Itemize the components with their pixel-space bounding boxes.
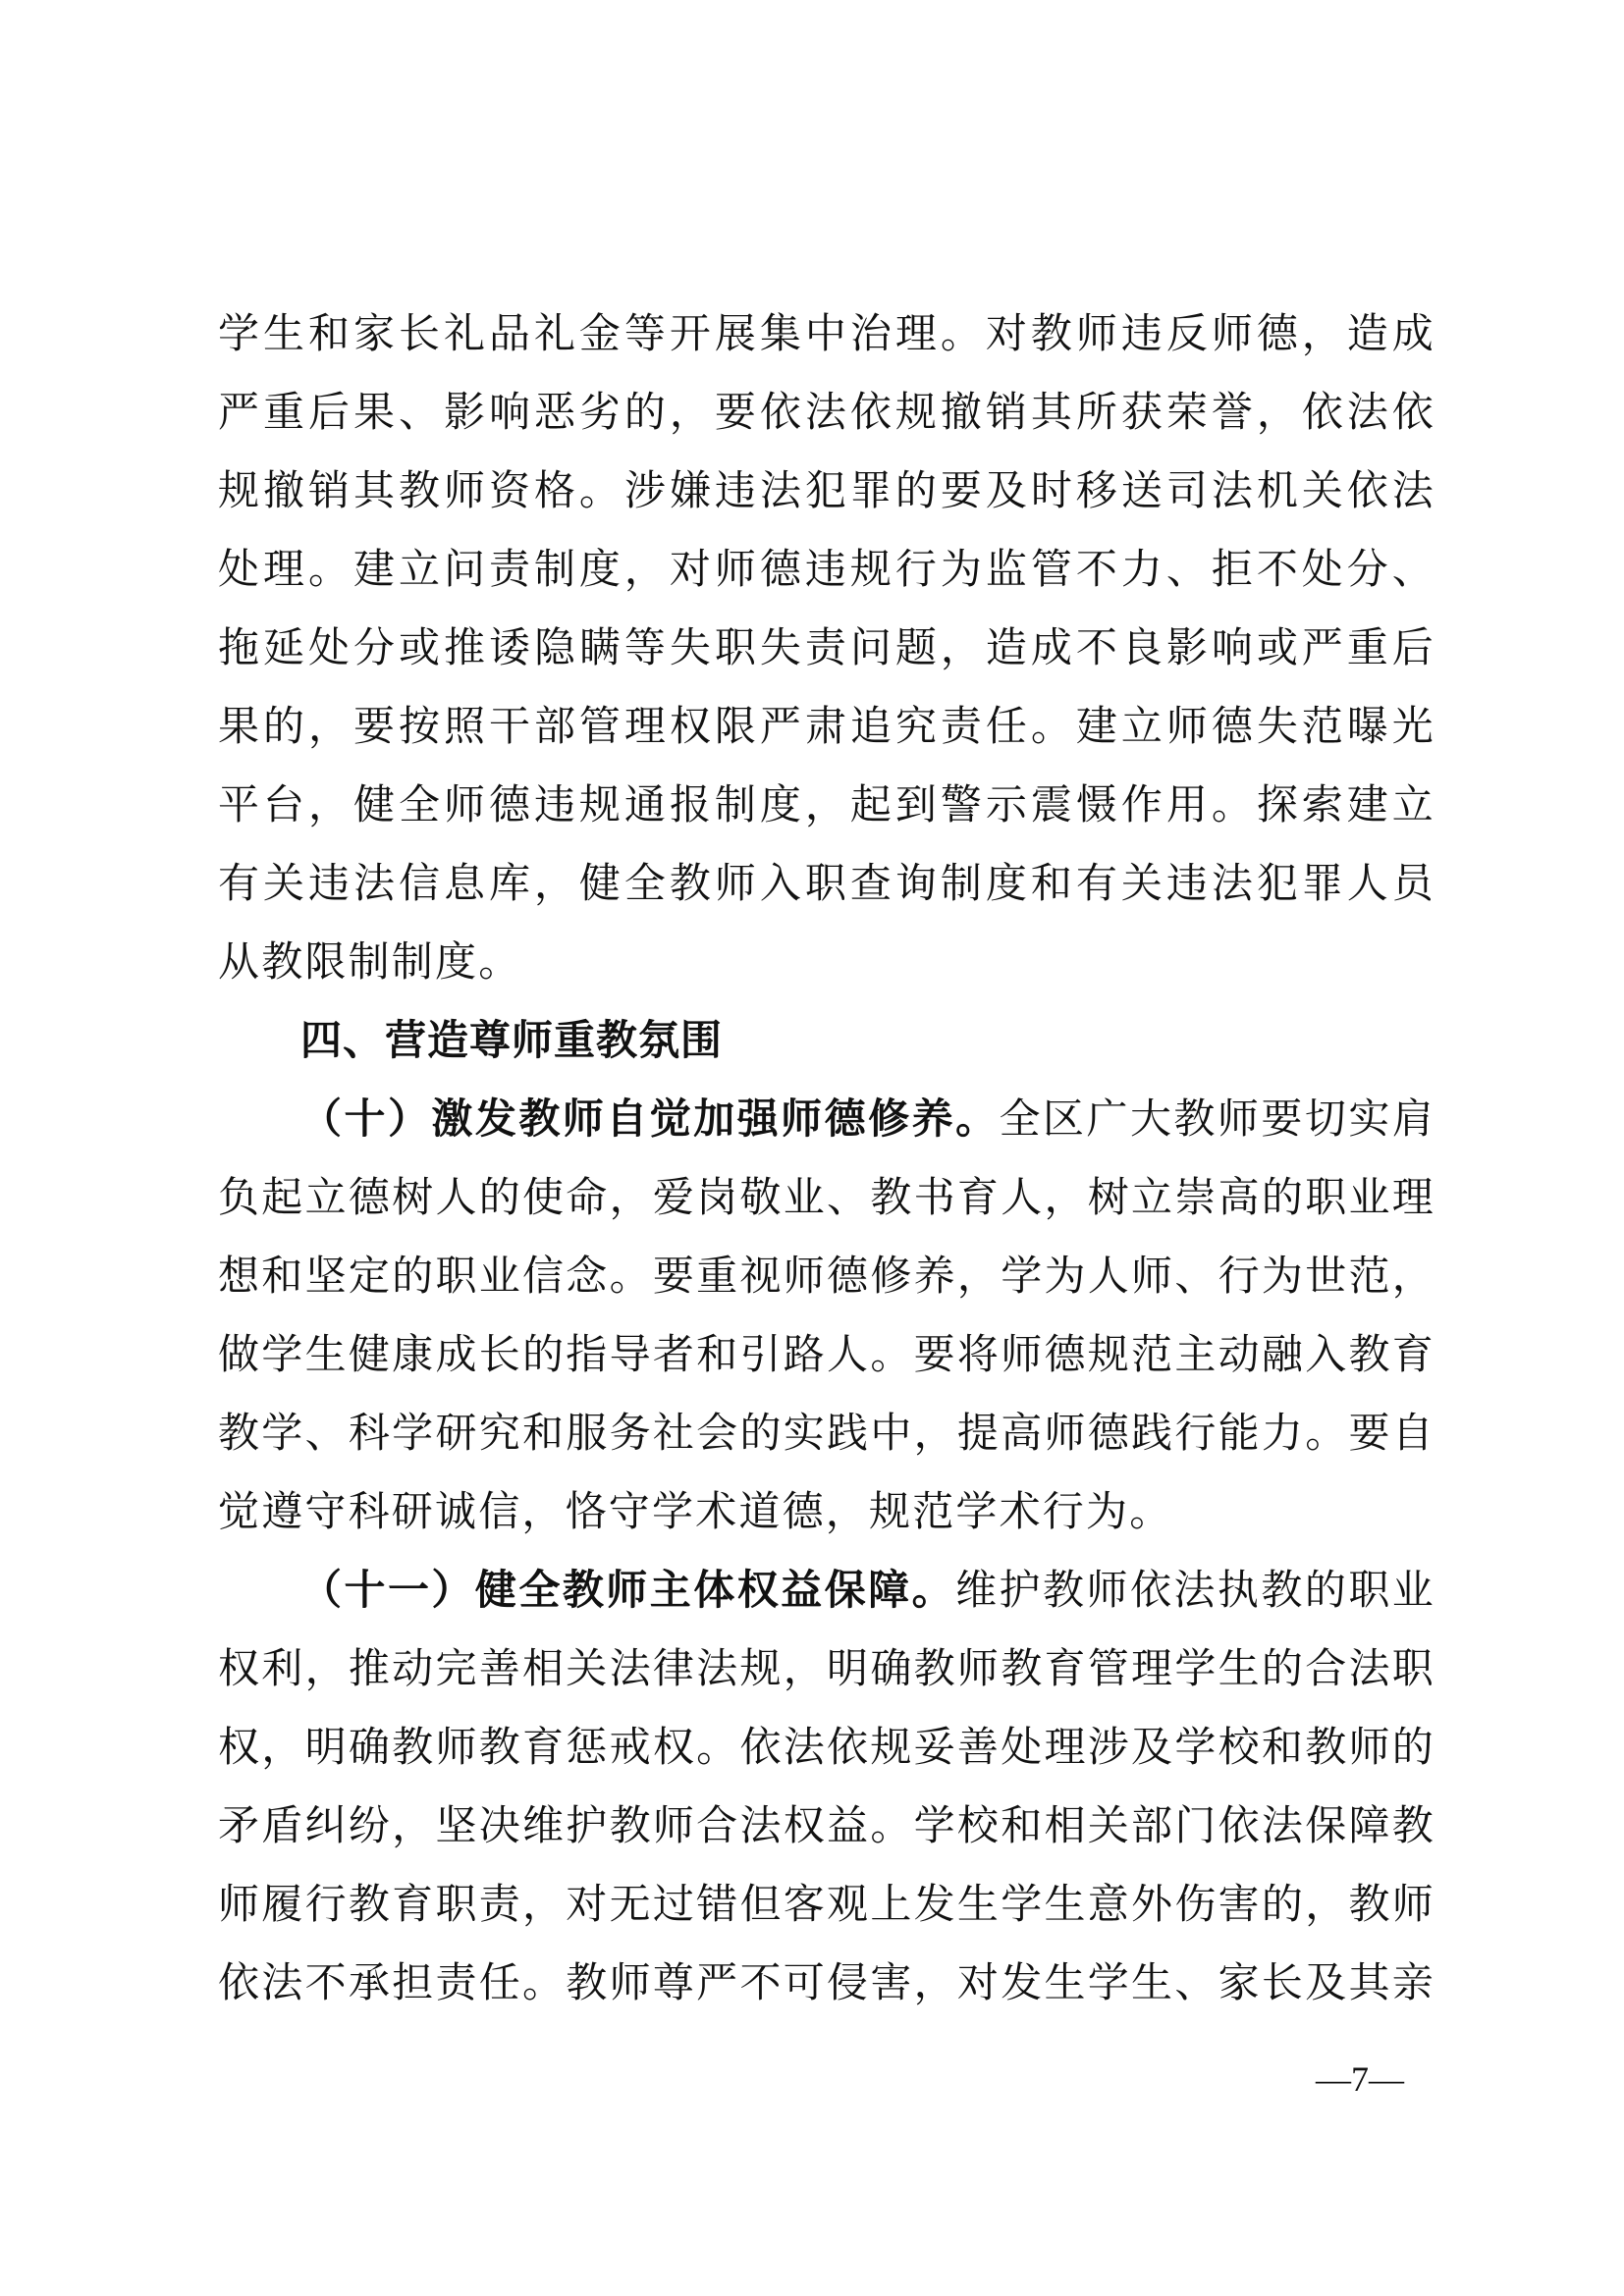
- page-number: —7—: [1316, 2059, 1404, 2099]
- item-11-first-line: （十一）健全教师主体权益保障。维护教师依法执教的职业: [300, 1551, 1435, 1629]
- paragraph-line: 平台，健全师德违规通报制度，起到警示震慑作用。探索建立: [218, 766, 1435, 844]
- item-10-first-line: （十）激发教师自觉加强师德修养。全区广大教师要切实肩: [300, 1080, 1435, 1158]
- item-11-first-line-text: 维护教师依法执教的职业: [955, 1566, 1435, 1614]
- paragraph-line: 矛盾纠纷，坚决维护教师合法权益。学校和相关部门依法保障教: [218, 1787, 1435, 1865]
- document-page: 学生和家长礼品礼金等开展集中治理。对教师违反师德，造成 严重后果、影响恶劣的，要…: [0, 0, 1624, 2296]
- item-10-first-line-text: 全区广大教师要切实肩: [1000, 1095, 1435, 1143]
- section-heading: 四、营造尊师重教氛围: [300, 1001, 723, 1080]
- item-11-lead: （十一）健全教师主体权益保障。: [300, 1566, 955, 1614]
- paragraph-line: 做学生健康成长的指导者和引路人。要将师德规范主动融入教育: [218, 1315, 1435, 1394]
- paragraph-line: 权利，推动完善相关法律法规，明确教师教育管理学生的合法职: [218, 1629, 1435, 1708]
- paragraph-line: 严重后果、影响恶劣的，要依法依规撤销其所获荣誉，依法依: [218, 373, 1435, 452]
- paragraph-line: 拖延处分或推诿隐瞒等失职失责问题，造成不良影响或严重后: [218, 609, 1435, 687]
- paragraph-line: 规撤销其教师资格。涉嫌违法犯罪的要及时移送司法机关依法: [218, 452, 1435, 530]
- paragraph-line: 权，明确教师教育惩戒权。依法依规妥善处理涉及学校和教师的: [218, 1708, 1435, 1787]
- paragraph-line: 觉遵守科研诚信，恪守学术道德，规范学术行为。: [218, 1472, 1435, 1551]
- paragraph-line: 依法不承担责任。教师尊严不可侵害，对发生学生、家长及其亲: [218, 1944, 1435, 2022]
- paragraph-line: 学生和家长礼品礼金等开展集中治理。对教师违反师德，造成: [218, 294, 1435, 373]
- paragraph-line: 负起立德树人的使命，爱岗敬业、教书育人，树立崇高的职业理: [218, 1158, 1435, 1237]
- paragraph-line: 果的，要按照干部管理权限严肃追究责任。建立师德失范曝光: [218, 687, 1435, 766]
- paragraph-line: 处理。建立问责制度，对师德违规行为监管不力、拒不处分、: [218, 530, 1435, 609]
- paragraph-line: 教学、科学研究和服务社会的实践中，提高师德践行能力。要自: [218, 1394, 1435, 1472]
- paragraph-line: 想和坚定的职业信念。要重视师德修养，学为人师、行为世范，: [218, 1237, 1435, 1315]
- paragraph-line: 有关违法信息库，健全教师入职查询制度和有关违法犯罪人员: [218, 844, 1435, 923]
- paragraph-line: 从教限制制度。: [218, 923, 1435, 1001]
- item-10-lead: （十）激发教师自觉加强师德修养。: [300, 1095, 1000, 1143]
- paragraph-line: 师履行教育职责，对无过错但客观上发生学生意外伤害的，教师: [218, 1865, 1435, 1944]
